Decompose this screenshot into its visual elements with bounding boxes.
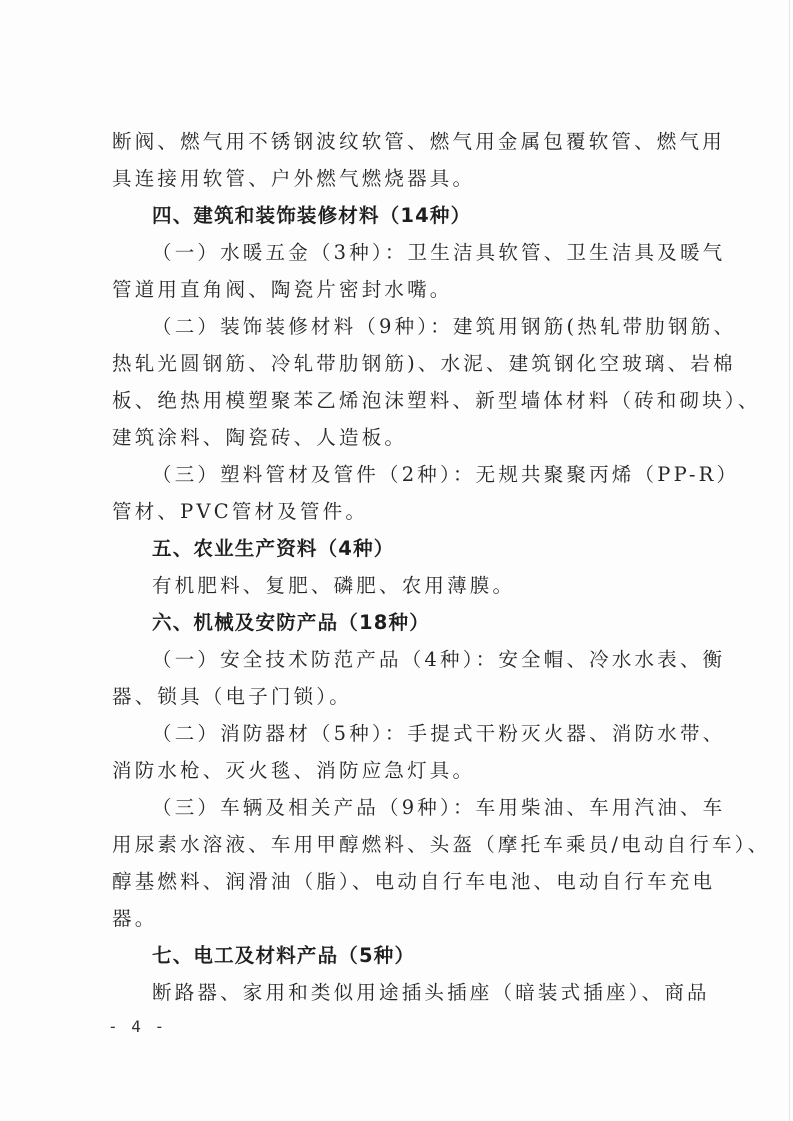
body-line: 消防水枪、灭火毯、消防应急灯具。: [112, 756, 692, 786]
subsection-line: （三）塑料管材及管件（2种）：无规共聚聚丙烯（PP-R）: [152, 460, 732, 490]
body-line: 有机肥料、复肥、磷肥、农用薄膜。: [152, 571, 732, 601]
subsection-line: （一）安全技术防范产品（4种）：安全帽、冷水水表、衡: [152, 645, 732, 675]
body-line: 板、绝热用模塑聚苯乙烯泡沫塑料、新型墙体材料（砖和砌块）、: [112, 386, 692, 416]
body-line: 醇基燃料、润滑油（脂）、电动自行车电池、电动自行车充电: [112, 867, 692, 897]
subsection-line: （一）水暖五金（3种）：卫生洁具软管、卫生洁具及暖气: [152, 238, 732, 268]
body-line: 具连接用软管、户外燃气燃烧器具。: [112, 164, 692, 194]
body-line: 器、锁具（电子门锁）。: [112, 682, 692, 712]
section-heading-6: 六、机械及安防产品（18种）: [152, 608, 732, 638]
body-line: 断阀、燃气用不锈钢波纹软管、燃气用金属包覆软管、燃气用: [112, 127, 692, 157]
page-number: - 4 -: [108, 1017, 166, 1036]
subsection-line: （二）消防器材（5种）：手提式干粉灭火器、消防水带、: [152, 719, 732, 749]
section-heading-5: 五、农业生产资料（4种）: [152, 534, 732, 564]
page-edge: [789, 0, 790, 1121]
subsection-line: （二）装饰装修材料（9种）：建筑用钢筋(热轧带肋钢筋、: [152, 312, 732, 342]
section-heading-4: 四、建筑和装饰装修材料（14种）: [152, 201, 732, 231]
subsection-line: （三）车辆及相关产品（9种）：车用柴油、车用汽油、车: [152, 793, 732, 823]
section-heading-7: 七、电工及材料产品（5种）: [152, 941, 732, 971]
body-line: 热轧光圆钢筋、冷轧带肋钢筋)、水泥、建筑钢化空玻璃、岩棉: [112, 349, 692, 379]
body-line: 器。: [112, 904, 692, 934]
body-line: 管材、PVC管材及管件。: [112, 497, 692, 527]
document-page: 断阀、燃气用不锈钢波纹软管、燃气用金属包覆软管、燃气用 具连接用软管、户外燃气燃…: [0, 0, 793, 1121]
body-line: 管道用直角阀、陶瓷片密封水嘴。: [112, 275, 692, 305]
body-line: 用尿素水溶液、车用甲醇燃料、头盔（摩托车乘员/电动自行车）、: [112, 830, 692, 860]
body-line: 断路器、家用和类似用途插头插座（暗装式插座）、商品: [152, 978, 732, 1008]
body-line: 建筑涂料、陶瓷砖、人造板。: [112, 423, 692, 453]
